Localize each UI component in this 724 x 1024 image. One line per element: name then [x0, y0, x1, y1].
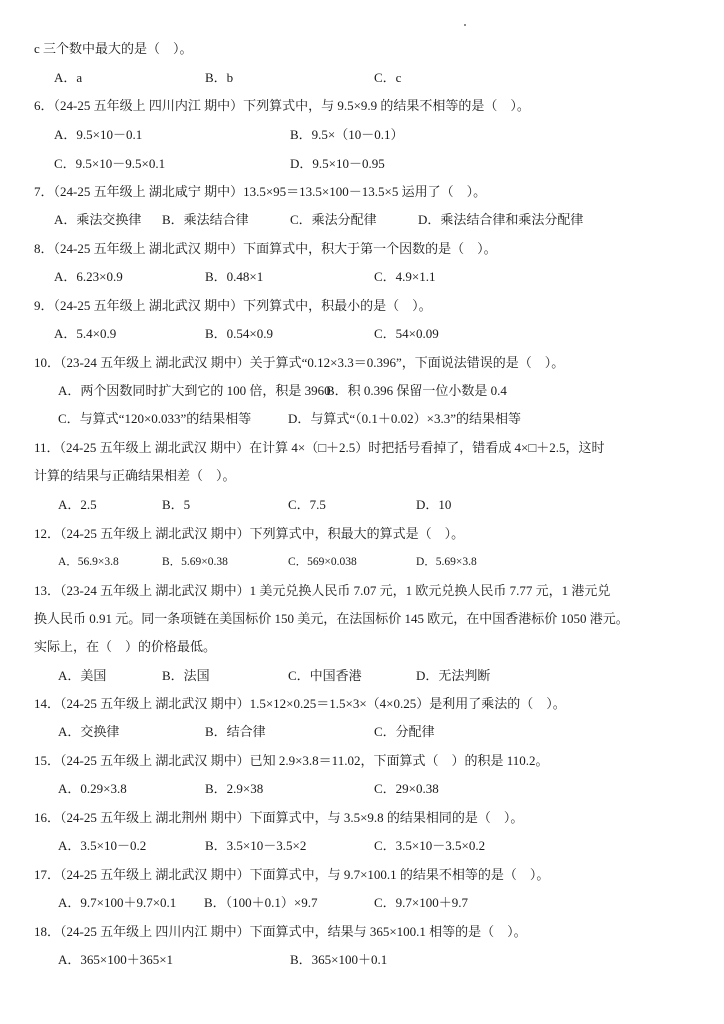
question-number: 6． [34, 98, 54, 113]
option-13d: D．无法判断 [416, 667, 490, 685]
option-8a: A．6.23×0.9 [54, 268, 123, 286]
question-number: 14． [34, 696, 60, 711]
option-7b: B．乘法结合律 [162, 211, 249, 229]
question-number: 16． [34, 810, 60, 825]
option-12c: C．569×0.038 [288, 553, 357, 571]
option-17a: A．9.7×100＋9.7×0.1 [58, 894, 176, 912]
option-7a: A．乘法交换律 [54, 211, 141, 229]
question-text: （24-25 五年级上 湖北武汉 期中）已知 2.9×3.8＝11.02，下面算… [60, 753, 548, 768]
option-10a: A．两个因数同时扩大到它的 100 倍，积是 3960 [58, 382, 331, 400]
option-14a: A．交换律 [58, 723, 119, 741]
option-7c: C．乘法分配律 [290, 211, 377, 229]
question-number: 10． [34, 355, 60, 370]
option-11c: C．7.5 [288, 496, 326, 514]
question-11: 11．（24-25 五年级上 湖北武汉 期中）在计算 4×（□＋2.5）时把括号… [34, 439, 604, 457]
option-11d: D．10 [416, 496, 451, 514]
option-9a: A．5.4×0.9 [54, 325, 116, 343]
question-text: （24-25 五年级上 湖北武汉 期中）1.5×12×0.25＝1.5×3×（4… [60, 696, 566, 711]
question-number: 12． [34, 526, 60, 541]
question-text: （24-25 五年级上 四川内江 期中）下面算式中，结果与 365×100.1 … [60, 924, 527, 939]
option-5c: C．c [374, 69, 401, 87]
question-text: （24-25 五年级上 湖北荆州 期中）下面算式中，与 3.5×9.8 的结果相… [60, 810, 523, 825]
option-12d: D．5.69×3.8 [416, 553, 477, 571]
option-6c: C．9.5×10－9.5×0.1 [54, 155, 165, 173]
question-14: 14．（24-25 五年级上 湖北武汉 期中）1.5×12×0.25＝1.5×3… [34, 695, 566, 713]
option-13a: A．美国 [58, 667, 106, 685]
option-5b: B．b [205, 69, 233, 87]
question-number: 9． [34, 298, 54, 313]
question-text: （24-25 五年级上 湖北武汉 期中）下列算式中，积最大的算式是（ ）。 [60, 526, 464, 541]
option-18b: B．365×100＋0.1 [290, 951, 387, 969]
option-16b: B．3.5×10－3.5×2 [205, 837, 306, 855]
question-17: 17．（24-25 五年级上 湖北武汉 期中）下面算式中，与 9.7×100.1… [34, 866, 549, 884]
question-text: （24-25 五年级上 湖北武汉 期中）下面算式中，与 9.7×100.1 的结… [60, 867, 549, 882]
question-number: 8． [34, 241, 54, 256]
question-number: 11． [34, 440, 60, 455]
question-13: 13．（23-24 五年级上 湖北武汉 期中）1 美元兑换人民币 7.07 元，… [34, 582, 610, 600]
question-7: 7．（24-25 五年级上 湖北咸宁 期中）13.5×95＝13.5×100－1… [34, 183, 486, 201]
question-number: 13． [34, 583, 60, 598]
question-13-text-cont2: 实际上，在（ ）的价格最低。 [34, 638, 216, 656]
option-15a: A．0.29×3.8 [58, 780, 127, 798]
option-9c: C．54×0.09 [374, 325, 439, 343]
question-text: （24-25 五年级上 湖北咸宁 期中）13.5×95＝13.5×100－13.… [54, 184, 487, 199]
question-12: 12．（24-25 五年级上 湖北武汉 期中）下列算式中，积最大的算式是（ ）。 [34, 525, 464, 543]
question-18: 18．（24-25 五年级上 四川内江 期中）下面算式中，结果与 365×100… [34, 923, 527, 941]
question-11-text-cont: 计算的结果与正确结果相差（ ）。 [34, 467, 236, 485]
question-8: 8．（24-25 五年级上 湖北武汉 期中）下面算式中，积大于第一个因数的是（ … [34, 240, 497, 258]
option-16c: C．3.5×10－3.5×0.2 [374, 837, 485, 855]
option-15b: B．2.9×38 [205, 780, 263, 798]
option-17b: B．（100＋0.1）×9.7 [204, 894, 318, 912]
question-16: 16．（24-25 五年级上 湖北荆州 期中）下面算式中，与 3.5×9.8 的… [34, 809, 523, 827]
option-12a: A．56.9×3.8 [58, 553, 119, 571]
option-6d: D．9.5×10－0.95 [290, 155, 385, 173]
option-11b: B．5 [162, 496, 190, 514]
page-mark [464, 24, 466, 26]
question-6: 6．（24-25 五年级上 四川内江 期中）下列算式中，与 9.5×9.9 的结… [34, 97, 530, 115]
question-text: （24-25 五年级上 湖北武汉 期中）在计算 4×（□＋2.5）时把括号看掉了… [60, 440, 605, 455]
option-10c: C．与算式“120×0.033”的结果相等 [58, 410, 251, 428]
option-11a: A．2.5 [58, 496, 97, 514]
question-number: 18． [34, 924, 60, 939]
question-text: （23-24 五年级上 湖北武汉 期中）1 美元兑换人民币 7.07 元，1 欧… [60, 583, 610, 598]
option-14c: C．分配律 [374, 723, 435, 741]
option-7d: D．乘法结合律和乘法分配律 [418, 211, 583, 229]
option-18a: A．365×100＋365×1 [58, 951, 173, 969]
question-number: 7． [34, 184, 54, 199]
question-13-text-cont: 换人民币 0.91 元。同一条项链在美国标价 150 美元，在法国标价 145 … [34, 610, 629, 628]
option-13c: C．中国香港 [288, 667, 362, 685]
question-text: （23-24 五年级上 湖北武汉 期中）关于算式“0.12×3.3＝0.396”… [60, 355, 564, 370]
option-6a: A．9.5×10－0.1 [54, 126, 142, 144]
option-16a: A．3.5×10－0.2 [58, 837, 146, 855]
option-14b: B．结合律 [205, 723, 266, 741]
question-10: 10．（23-24 五年级上 湖北武汉 期中）关于算式“0.12×3.3＝0.3… [34, 354, 564, 372]
option-6b: B．9.5×（10－0.1） [290, 126, 404, 144]
option-5a: A．a [54, 69, 82, 87]
option-15c: C．29×0.38 [374, 780, 439, 798]
question-number: 15． [34, 753, 60, 768]
option-8b: B．0.48×1 [205, 268, 263, 286]
option-17c: C．9.7×100＋9.7 [374, 894, 468, 912]
option-9b: B．0.54×0.9 [205, 325, 273, 343]
option-13b: B．法国 [162, 667, 210, 685]
question-text: （24-25 五年级上 湖北武汉 期中）下列算式中，积最小的是（ ）。 [54, 298, 432, 313]
question-5-text-cont: c 三个数中最大的是（ ）。 [34, 40, 193, 58]
option-10d: D．与算式“（0.1＋0.02）×3.3”的结果相等 [288, 410, 521, 428]
option-8c: C．4.9×1.1 [374, 268, 436, 286]
question-text: （24-25 五年级上 四川内江 期中）下列算式中，与 9.5×9.9 的结果不… [54, 98, 530, 113]
question-number: 17． [34, 867, 60, 882]
question-15: 15．（24-25 五年级上 湖北武汉 期中）已知 2.9×3.8＝11.02，… [34, 752, 548, 770]
option-12b: B．5.69×0.38 [162, 553, 228, 571]
question-text: （24-25 五年级上 湖北武汉 期中）下面算式中，积大于第一个因数的是（ ）。 [54, 241, 497, 256]
question-9: 9．（24-25 五年级上 湖北武汉 期中）下列算式中，积最小的是（ ）。 [34, 297, 432, 315]
option-10b: B．积 0.396 保留一位小数是 0.4 [326, 382, 507, 400]
